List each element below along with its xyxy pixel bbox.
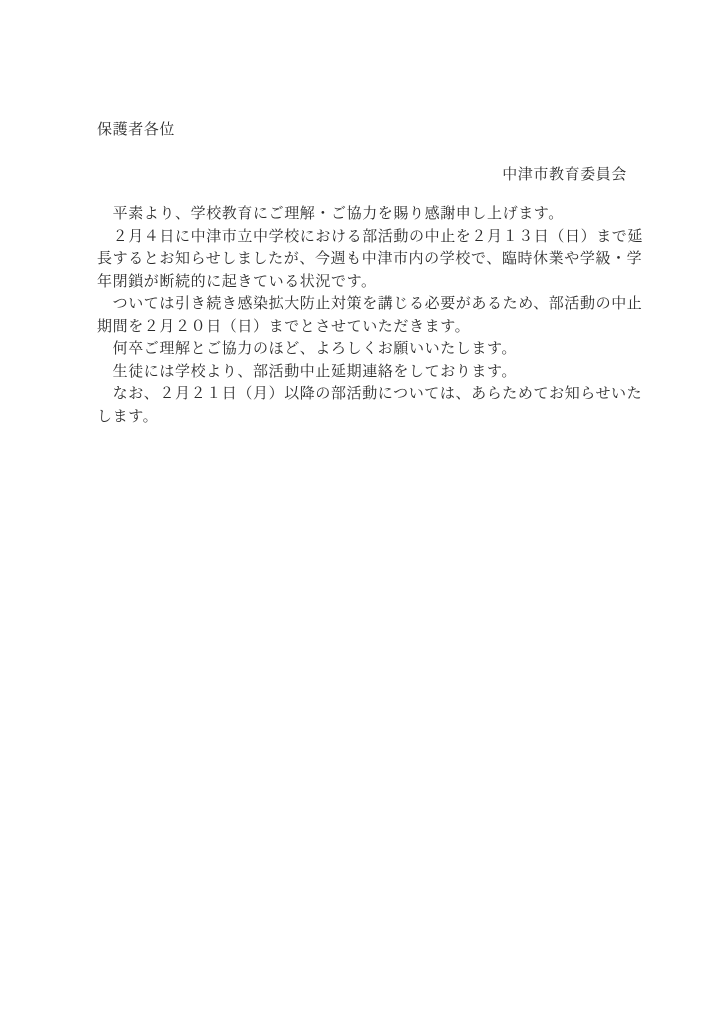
- body-line: 何卒ご理解とご協力のほど、よろしくお願いいたします。: [97, 338, 627, 361]
- body-line: 長するとお知らせしましたが、今週も中津市内の学校で、臨時休業や学級・学: [97, 248, 627, 271]
- body-line: します。: [97, 406, 627, 429]
- body-line: 年閉鎖が断続的に起きている状況です。: [97, 271, 627, 294]
- sender-name: 中津市教育委員会: [97, 164, 627, 187]
- document-page: 保護者各位 中津市教育委員会 平素より、学校教育にご理解・ご協力を賜り感謝申し上…: [0, 0, 724, 1024]
- letter-content: 保護者各位 中津市教育委員会 平素より、学校教育にご理解・ご協力を賜り感謝申し上…: [97, 119, 627, 428]
- body-line: 生徒には学校より、部活動中止延期連絡をしております。: [97, 361, 627, 384]
- body-line: なお、２月２１日（月）以降の部活動については、あらためてお知らせいた: [97, 383, 627, 406]
- recipient-salutation: 保護者各位: [97, 119, 627, 142]
- body-line: ついては引き続き感染拡大防止対策を講じる必要があるため、部活動の中止: [97, 293, 627, 316]
- body-line: 期間を２月２０日（日）までとさせていただきます。: [97, 316, 627, 339]
- body-line: ２月４日に中津市立中学校における部活動の中止を２月１３日（日）まで延: [97, 226, 627, 249]
- letter-body: 平素より、学校教育にご理解・ご協力を賜り感謝申し上げます。 ２月４日に中津市立中…: [97, 203, 627, 428]
- body-line: 平素より、学校教育にご理解・ご協力を賜り感謝申し上げます。: [97, 203, 627, 226]
